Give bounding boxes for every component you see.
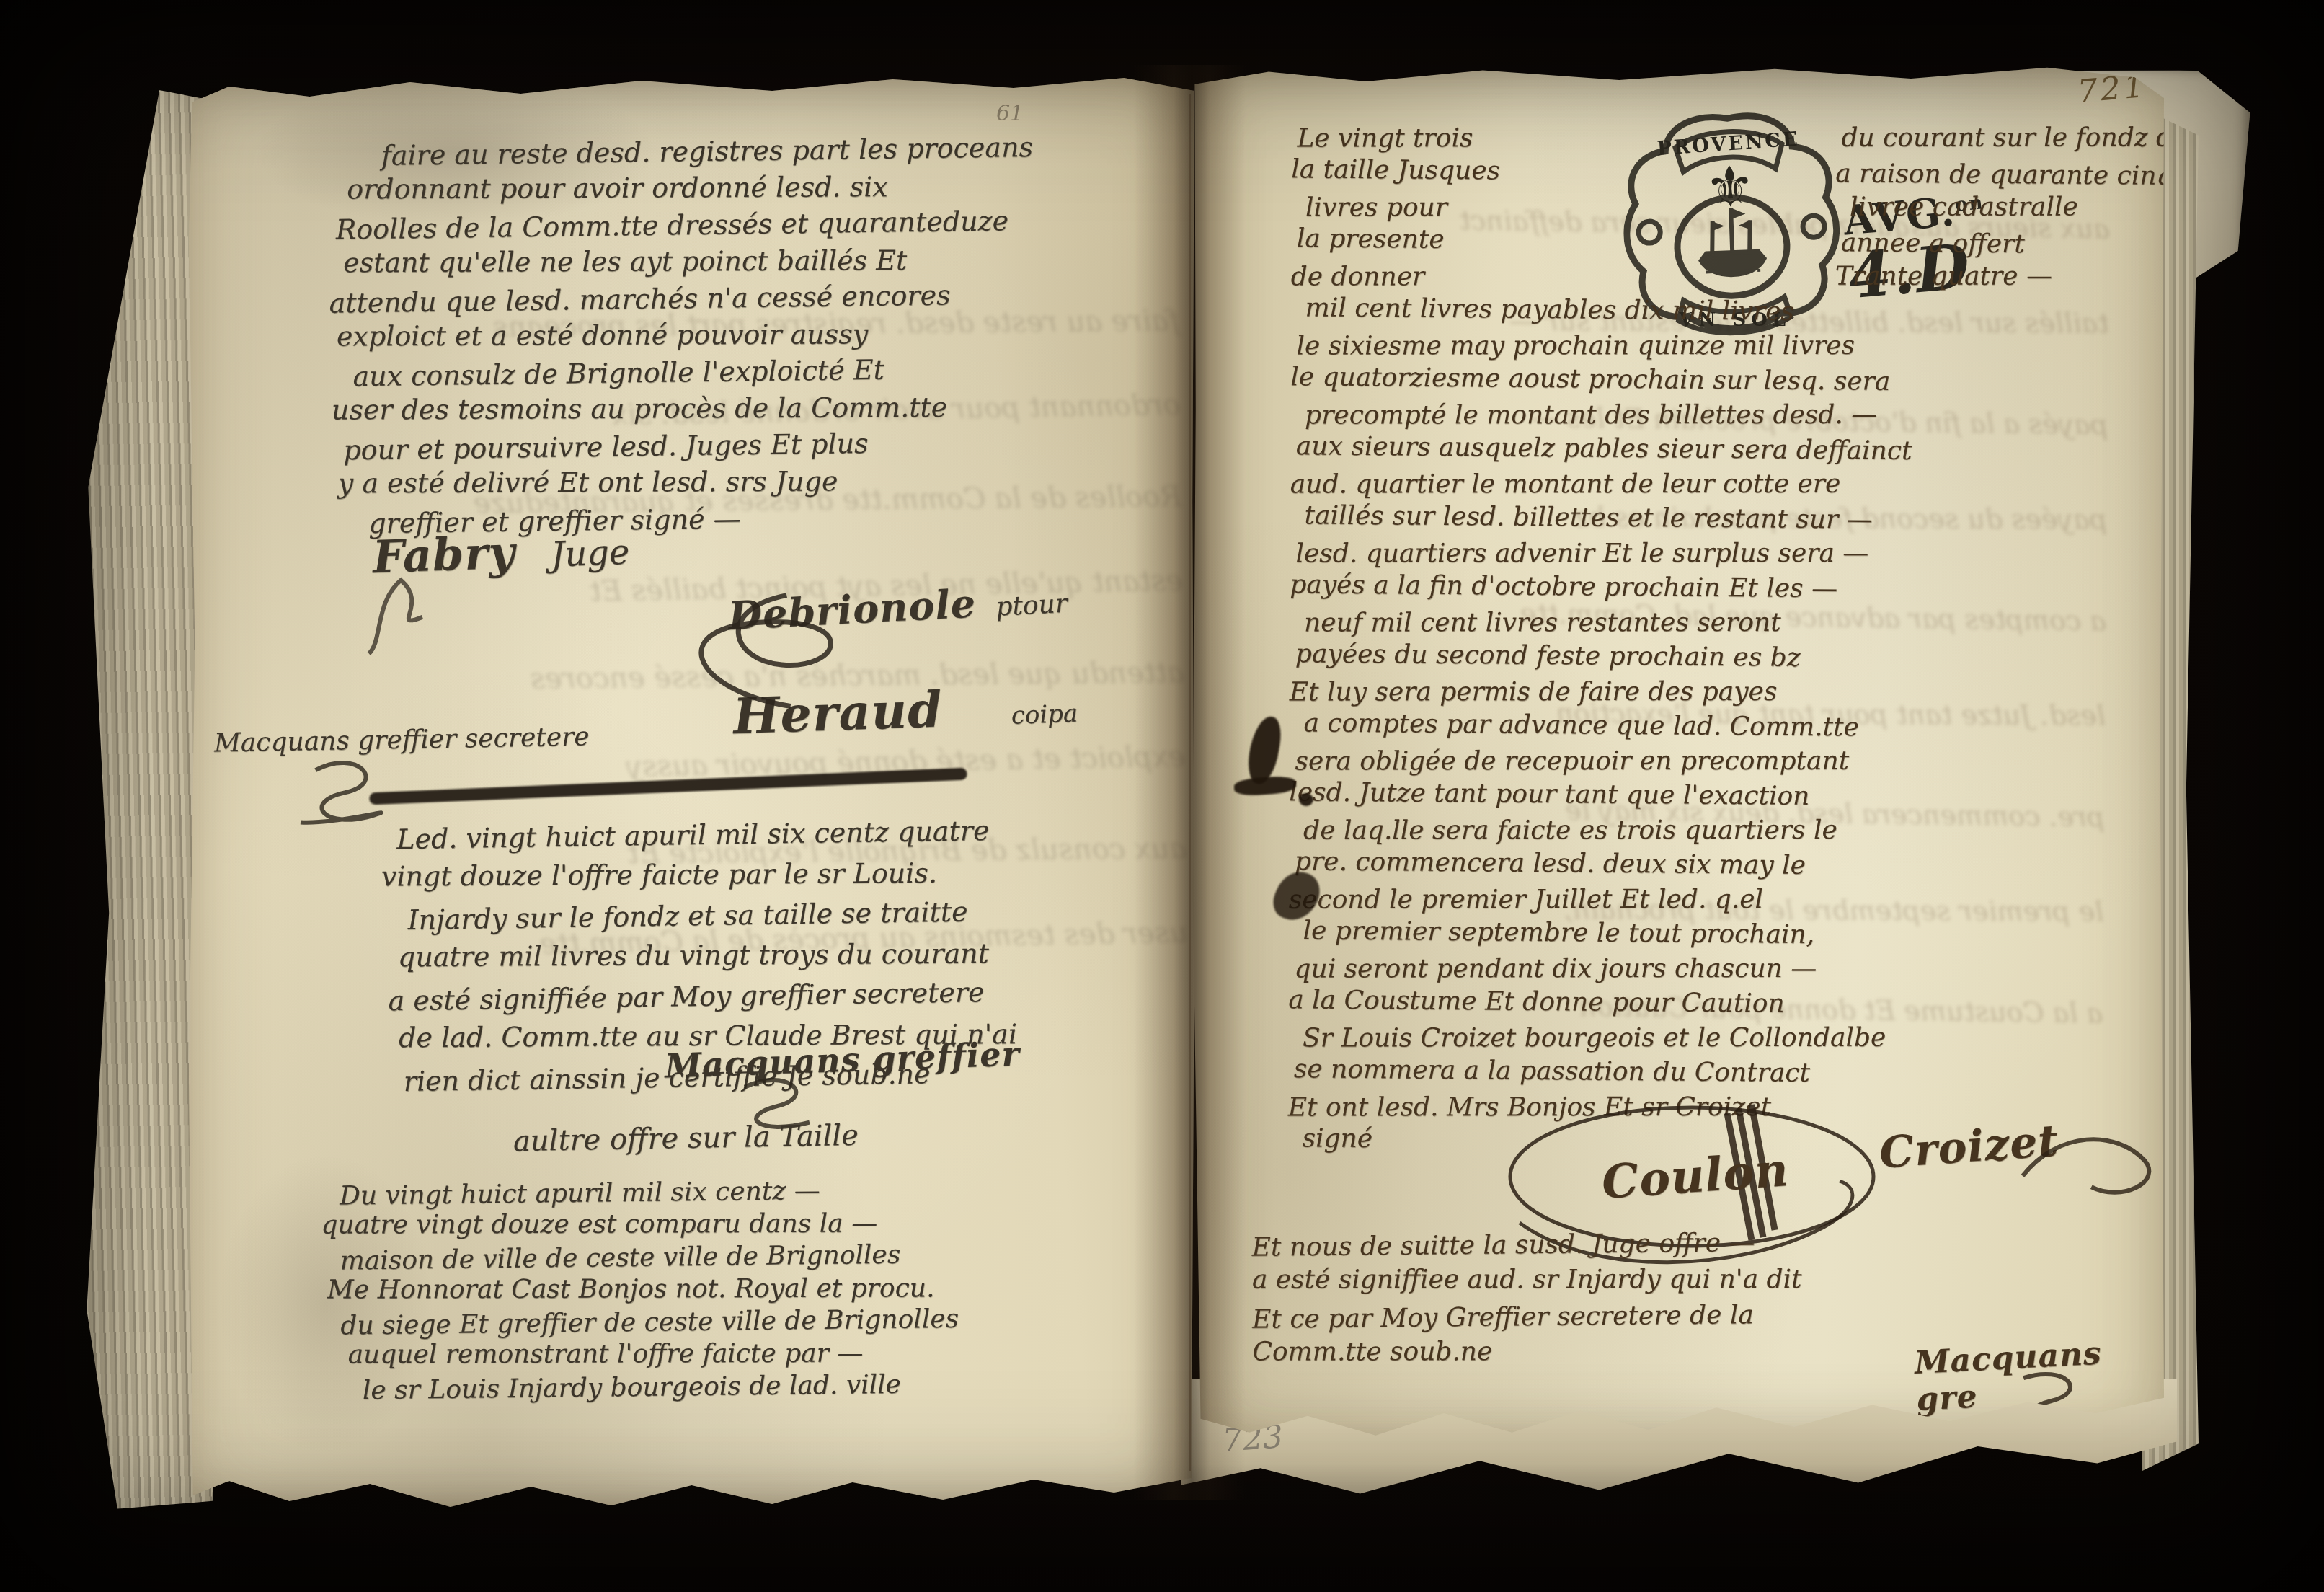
court-ruling-paragraph: faire au reste desd. registres part les … [335,129,1168,541]
manuscript-line: Macquans greffier secretere [214,722,590,758]
manuscript-line: de donnerTrante quatre — [1291,259,2147,294]
manuscript-line: payées du second feste prochain es bz [1295,637,2146,678]
offer-record-text-block: Le vingt troisdu courant sur le fondz de… [1293,120,2147,1161]
manuscript-line: Du vingt huict apuril mil six centz — [340,1170,1176,1212]
manuscript-line: auquel remonstrant l'offre faicte par — [348,1336,1177,1371]
heraud-paraph-flourish [599,573,935,722]
manuscript-line: Et luy sera permis de faire des payes [1290,674,2146,709]
manuscript-line: aud. quartier le montant de leur cotte e… [1290,466,2147,502]
manuscript-line: maison de ville de ceste ville de Brigno… [340,1235,1176,1277]
manuscript-line: se nommera a la passation du Contract [1294,1052,2145,1093]
signature-heraud-row: Heraud coipa [732,676,1078,746]
manuscript-line: taillés sur lesd. billettes et le restan… [1304,498,2146,539]
manuscript-line: la presenteannee a offert [1297,221,2147,262]
heading-text: aultre offre sur la Taille [513,1119,859,1158]
manuscript-line: faire au reste desd. registres part les … [381,128,1164,174]
croizet-paraph-flourish [2008,1115,2172,1213]
ink-splatter [1299,793,1313,806]
left-page: faire au reste desd. registres part les … [189,71,1194,1510]
manuscript-line: Et nous de suitte la susd. Juge offre — [1251,1221,2131,1266]
manuscript-line: Sr Louis Croizet bourgeois et le Collond… [1303,1021,2145,1056]
signature-debrignole-title: ptour [995,589,1068,622]
manuscript-line: Me Honnorat Cast Bonjos not. Royal et pr… [327,1272,1176,1306]
signature-heraud-suffix: coipa [1011,699,1078,730]
manuscript-line: neuf mil cent livres restantes seront [1304,606,2146,641]
manuscript-line: quatre vingt douze est comparu dans la — [321,1207,1176,1242]
manuscript-line: a esté signiffiee aud. sr Injardy qui n'… [1252,1261,2132,1298]
manuscript-line: le premier septembre le tout prochain, [1303,914,2145,955]
manuscript-line: livres pourlivree cadastralle [1305,190,2147,226]
ink-blot [1233,775,1296,797]
manuscript-line: payés a la fin d'octobre prochain Et les… [1290,567,2146,609]
manuscript-line: a comptes par advance que lad. Comm.tte [1303,706,2145,747]
manuscript-line: a la Coustume Et donne pour Caution [1288,983,2145,1024]
manuscript-line: Et ce par Moy Greffier secretere de la [1252,1293,2132,1338]
manuscript-line: le quatorziesme aoust prochain sur lesq.… [1290,360,2147,401]
greffier-attestation-line: Macquans greffier secretere [214,722,590,758]
fabry-paraph-flourish [359,565,578,659]
manuscript-line: de laq.lle sera faicte es trois quartier… [1303,813,2145,849]
manuscript-line: le sr Louis Injardy bourgeois de lad. vi… [363,1365,1177,1407]
manuscript-line: second le premier Juillet Et led. q.el [1289,882,2145,917]
manuscript-line: pre. commencera lesd. deux six may le [1295,844,2145,885]
second-offer-record-paragraph: Du vingt huict apuril mil six centz — qu… [340,1172,1177,1405]
manuscript-line: precompté le montant des billettes desd.… [1305,398,2147,433]
open-register-photograph: 723 faire au reste desd. registres part … [0,0,2324,1592]
right-page: 721 aux sieurs ausquelz pables sieur ser… [1191,63,2164,1446]
manuscript-line: du siege Et greffier de ceste ville de B… [340,1300,1176,1342]
manuscript-line: aux sieurs ausquelz pables sieur sera de… [1296,429,2147,470]
folio-mark: 61 [996,101,1024,126]
signature-fabry-row: Fabry Juge [372,522,631,583]
manuscript-line: qui seront pendant dix jours chascun — [1294,951,2145,986]
manuscript-line: la taille Jusquesa raison de quarante ci… [1291,152,2147,193]
heavy-ink-stroke [369,768,967,805]
manuscript-line: le sixiesme may prochain quinze mil livr… [1296,328,2147,363]
section-heading-other-offer: aultre offre sur la Taille [513,1119,859,1158]
manuscript-line: sera obligée de recepuoir en precomptant [1295,743,2145,779]
manuscript-line: lesd. quartiers advenir Et le surplus se… [1295,536,2146,571]
manuscript-line: lesd. Jutze tant pour tant que l'exactio… [1289,775,2145,816]
manuscript-line: Le vingt troisdu courant sur le fondz de [1297,120,2147,156]
manuscript-line: mil cent livres payables dix mil livres [1305,291,2147,332]
ink-blot [1245,714,1284,786]
